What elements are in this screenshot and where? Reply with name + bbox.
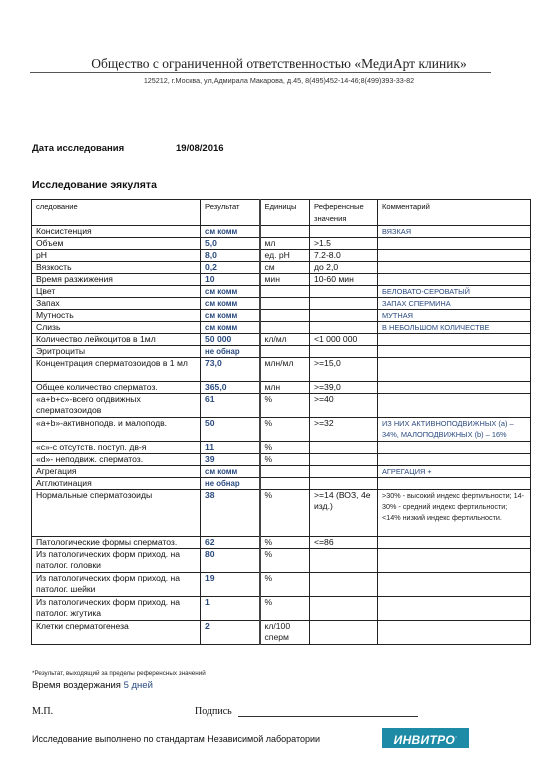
comment-value xyxy=(378,250,531,262)
result-value: см комм xyxy=(201,322,260,334)
table-row: Агглютинацияне обнар xyxy=(32,478,531,490)
table-row: Патологические формы сперматоз.62%<=86 xyxy=(32,537,531,549)
col-header-result: Результат xyxy=(201,200,260,226)
table-row: Цветсм коммБЕЛОВАТО-СЕРОВАТЫЙ xyxy=(32,286,531,298)
comment-value xyxy=(378,537,531,549)
lab-standard-text: Исследование выполнено по стандартам Нез… xyxy=(32,734,320,744)
comment-value: АГРЕГАЦИЯ + xyxy=(378,466,531,478)
table-row: Клетки сперматогенеза2кл/100 сперм xyxy=(32,621,531,645)
result-value: 11 xyxy=(201,442,260,454)
col-header-test: следование xyxy=(32,200,201,226)
test-name: Запах xyxy=(32,298,201,310)
unit-value: кл/мл xyxy=(260,334,310,346)
test-name: Вязкость xyxy=(32,262,201,274)
table-row: Эритроцитыне обнар xyxy=(32,346,531,358)
table-row: Из патологических форм приход. на патоло… xyxy=(32,549,531,573)
reference-value: <1 000 000 xyxy=(310,334,378,346)
comment-value xyxy=(378,454,531,466)
unit-value: % xyxy=(260,549,310,573)
comment-value xyxy=(378,334,531,346)
result-value: 73,0 xyxy=(201,358,260,382)
reference-value xyxy=(310,621,378,645)
comment-value xyxy=(378,597,531,621)
comment-value xyxy=(378,394,531,418)
test-name: Патологические формы сперматоз. xyxy=(32,537,201,549)
result-value: не обнар xyxy=(201,346,260,358)
test-name: Общее количество сперматоз. xyxy=(32,382,201,394)
comment-value: БЕЛОВАТО-СЕРОВАТЫЙ xyxy=(378,286,531,298)
table-row: «a+b»-активноподв. и малоподв.50%>=32ИЗ … xyxy=(32,418,531,442)
table-row: Консистенциясм коммВЯЗКАЯ xyxy=(32,226,531,238)
test-name: «a+b+c»-всего опдвижных сперматозоидов xyxy=(32,394,201,418)
signature-line xyxy=(238,716,418,717)
test-name: Концентрация сперматозоидов в 1 мл xyxy=(32,358,201,382)
study-date-label: Дата исследования xyxy=(32,143,124,154)
comment-value xyxy=(378,573,531,597)
reference-value: >=15,0 xyxy=(310,358,378,382)
comment-value: ЗАПАХ СПЕРМИНА xyxy=(378,298,531,310)
col-header-comment: Комментарий xyxy=(378,200,531,226)
reference-value xyxy=(310,310,378,322)
unit-value: % xyxy=(260,442,310,454)
header-divider xyxy=(30,72,491,73)
unit-value: % xyxy=(260,537,310,549)
unit-value xyxy=(260,466,310,478)
unit-value xyxy=(260,226,310,238)
unit-value: мин xyxy=(260,274,310,286)
comment-value: МУТНАЯ xyxy=(378,310,531,322)
unit-value xyxy=(260,286,310,298)
unit-value: млн/мл xyxy=(260,358,310,382)
study-date-value: 19/08/2016 xyxy=(176,143,224,154)
table-row: «a+b+c»-всего опдвижных сперматозоидов61… xyxy=(32,394,531,418)
test-name: Консистенция xyxy=(32,226,201,238)
abstinence-value: 5 дней xyxy=(124,680,153,691)
result-value: 1 xyxy=(201,597,260,621)
test-name: «a+b»-активноподв. и малоподв. xyxy=(32,418,201,442)
unit-value xyxy=(260,310,310,322)
comment-value xyxy=(378,382,531,394)
reference-value: 7.2-8.0 xyxy=(310,250,378,262)
result-value: 0,2 xyxy=(201,262,260,274)
result-value: 2 xyxy=(201,621,260,645)
reference-value xyxy=(310,346,378,358)
invitro-logo-text: ИНВИТРО xyxy=(394,733,455,747)
comment-value xyxy=(378,262,531,274)
comment-value: >30% - высокий индекс фертильности; 14-3… xyxy=(378,490,531,537)
table-row: Из патологических форм приход. на патоло… xyxy=(32,597,531,621)
reference-value xyxy=(310,573,378,597)
table-header-row: следование Результат Единицы Референсные… xyxy=(32,200,531,226)
test-name: Нормальные сперматозоиды xyxy=(32,490,201,537)
reference-value: >=40 xyxy=(310,394,378,418)
results-table: следование Результат Единицы Референсные… xyxy=(31,199,531,645)
result-value: 80 xyxy=(201,549,260,573)
result-value: см комм xyxy=(201,298,260,310)
reference-value: 10-60 мин xyxy=(310,274,378,286)
table-row: Запахсм коммЗАПАХ СПЕРМИНА xyxy=(32,298,531,310)
table-row: Общее количество сперматоз.365,0млн>=39,… xyxy=(32,382,531,394)
comment-value: ИЗ НИХ АКТИВНОПОДВИЖНЫХ (а) – 34%, МАЛОП… xyxy=(378,418,531,442)
col-header-unit: Единицы xyxy=(260,200,310,226)
table-row: Объем5,0мл>1.5 xyxy=(32,238,531,250)
reference-value: >=32 xyxy=(310,418,378,442)
table-row: Время разжижения10мин10-60 мин xyxy=(32,274,531,286)
reference-value: >1.5 xyxy=(310,238,378,250)
organization-name: Общество с ограниченной ответственностью… xyxy=(0,56,558,72)
test-name: Время разжижения xyxy=(32,274,201,286)
table-row: Из патологических форм приход. на патоло… xyxy=(32,573,531,597)
table-row: «d»- неподвиж. сперматоз.39% xyxy=(32,454,531,466)
reference-value: >=14 (ВОЗ, 4е изд.) xyxy=(310,490,378,537)
unit-value: см xyxy=(260,262,310,274)
reference-value: >=39,0 xyxy=(310,382,378,394)
reference-value xyxy=(310,286,378,298)
result-value: 5,0 xyxy=(201,238,260,250)
result-value: 50 000 xyxy=(201,334,260,346)
table-row: Слизьсм коммВ НЕБОЛЬШОМ КОЛИЧЕСТВЕ xyxy=(32,322,531,334)
reference-value: <=86 xyxy=(310,537,378,549)
unit-value xyxy=(260,478,310,490)
unit-value: % xyxy=(260,597,310,621)
footnote: *Результат, выходящий за пределы референ… xyxy=(32,670,206,677)
unit-value: % xyxy=(260,454,310,466)
test-name: «d»- неподвиж. сперматоз. xyxy=(32,454,201,466)
comment-value xyxy=(378,549,531,573)
result-value: см комм xyxy=(201,310,260,322)
table-row: Количество лейкоцитов в 1мл50 000кл/мл<1… xyxy=(32,334,531,346)
test-name: Из патологических форм приход. на патоло… xyxy=(32,549,201,573)
reference-value: до 2,0 xyxy=(310,262,378,274)
reference-value xyxy=(310,597,378,621)
invitro-logo: ИНВИТРО· xyxy=(382,728,469,748)
table-row: «c»-с отсутств. поступ. дв-я11% xyxy=(32,442,531,454)
result-value: 62 xyxy=(201,537,260,549)
result-value: 8,0 xyxy=(201,250,260,262)
signature-label: Подпись xyxy=(195,706,232,717)
comment-value xyxy=(378,442,531,454)
unit-value: % xyxy=(260,394,310,418)
test-name: «c»-с отсутств. поступ. дв-я xyxy=(32,442,201,454)
result-value: 50 xyxy=(201,418,260,442)
unit-value: мл xyxy=(260,238,310,250)
reference-value xyxy=(310,549,378,573)
result-value: 61 xyxy=(201,394,260,418)
table-row: pH8,0ед. pH7.2-8.0 xyxy=(32,250,531,262)
reference-value xyxy=(310,466,378,478)
reference-value xyxy=(310,298,378,310)
result-value: см комм xyxy=(201,466,260,478)
result-value: 365,0 xyxy=(201,382,260,394)
reference-value xyxy=(310,442,378,454)
comment-value: ВЯЗКАЯ xyxy=(378,226,531,238)
unit-value xyxy=(260,298,310,310)
test-name: Из патологических форм приход. на патоло… xyxy=(32,573,201,597)
comment-value xyxy=(378,238,531,250)
table-row: Агрегациясм коммАГРЕГАЦИЯ + xyxy=(32,466,531,478)
comment-value xyxy=(378,621,531,645)
comment-value xyxy=(378,478,531,490)
reference-value xyxy=(310,478,378,490)
test-name: Эритроциты xyxy=(32,346,201,358)
result-value: см комм xyxy=(201,226,260,238)
table-row: Мутностьсм коммМУТНАЯ xyxy=(32,310,531,322)
unit-value: ед. pH xyxy=(260,250,310,262)
unit-value: кл/100 сперм xyxy=(260,621,310,645)
table-row: Концентрация сперматозоидов в 1 мл73,0мл… xyxy=(32,358,531,382)
unit-value: % xyxy=(260,573,310,597)
reference-value xyxy=(310,322,378,334)
unit-value xyxy=(260,346,310,358)
reference-value xyxy=(310,454,378,466)
result-value: 19 xyxy=(201,573,260,597)
comment-value xyxy=(378,346,531,358)
reference-value xyxy=(310,226,378,238)
test-name: Объем xyxy=(32,238,201,250)
section-title: Исследование эякулята xyxy=(32,179,157,191)
result-value: см комм xyxy=(201,286,260,298)
test-name: Из патологических форм приход. на патоло… xyxy=(32,597,201,621)
test-name: Цвет xyxy=(32,286,201,298)
unit-value: % xyxy=(260,490,310,537)
result-value: 10 xyxy=(201,274,260,286)
organization-address: 125212, г.Москва, ул,Адмирала Макарова, … xyxy=(0,76,558,85)
table-row: Вязкость0,2смдо 2,0 xyxy=(32,262,531,274)
unit-value: млн xyxy=(260,382,310,394)
test-name: Слизь xyxy=(32,322,201,334)
abstinence-label: Время воздержания xyxy=(32,680,121,691)
result-value: 39 xyxy=(201,454,260,466)
abstinence-period: Время воздержания 5 дней xyxy=(32,680,153,691)
comment-value xyxy=(378,358,531,382)
stamp-label: М.П. xyxy=(32,706,53,717)
test-name: Мутность xyxy=(32,310,201,322)
col-header-reference: Референсные значения xyxy=(310,200,378,226)
test-name: Клетки сперматогенеза xyxy=(32,621,201,645)
table-row: Нормальные сперматозоиды38%>=14 (ВОЗ, 4е… xyxy=(32,490,531,537)
test-name: Агрегация xyxy=(32,466,201,478)
unit-value: % xyxy=(260,418,310,442)
test-name: pH xyxy=(32,250,201,262)
test-name: Агглютинация xyxy=(32,478,201,490)
comment-value xyxy=(378,274,531,286)
result-value: не обнар xyxy=(201,478,260,490)
test-name: Количество лейкоцитов в 1мл xyxy=(32,334,201,346)
result-value: 38 xyxy=(201,490,260,537)
unit-value xyxy=(260,322,310,334)
comment-value: В НЕБОЛЬШОМ КОЛИЧЕСТВЕ xyxy=(378,322,531,334)
